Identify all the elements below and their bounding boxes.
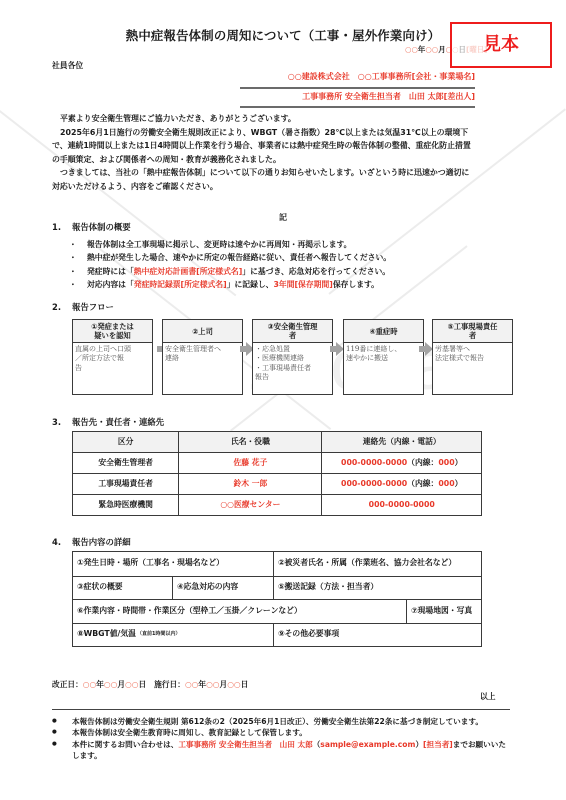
flow-step-2: ②上司 安全衛生管理者へ 連絡 [162,319,243,395]
intro-paragraph: 2025年6月1日施行の労働安全衛生規則改正により、WBGT（暑さ指数）28℃以… [52,126,477,167]
section-3-heading: 3.報告先・責任者・連絡先 [52,417,164,428]
detail-item: ⑧WBGT値/気温（直前1時間以内） [73,624,273,647]
extension-close: ） [455,479,463,488]
footer-notes: 本報告体制は労働安全衛生規則 第612条の2（2025年6月1日改正）、労働安全… [52,716,512,761]
sender-person: 工事事務所 安全衛生担当者 山田 太郎[差出人] [240,92,475,103]
item-text: 対応内容は「 [87,280,134,289]
category-cell: 安全衛生管理者 [73,453,179,474]
section-title: 報告体制の概要 [72,222,131,232]
section-2-heading: 2.報告フロー [52,302,114,313]
flow-step-body: 労基署等へ 法定様式で報告 [433,343,512,366]
extension-number: 000 [438,479,454,488]
phone-number: 000-0000-0000 [369,500,435,509]
category-cell: 緊急時医療機関 [73,495,179,516]
flow-step-body: 119番に連絡し、 速やかに搬送 [344,343,423,366]
unit: 月 [117,680,125,689]
effective-label: 施行日： [154,680,185,689]
form-name-placeholder: 発症時記録票[所定様式名] [134,280,227,289]
detail-item-note: （直前1時間以内） [137,631,180,638]
detail-row: ⑧WBGT値/気温（直前1時間以内） ⑨その他必要事項 [73,623,481,647]
flow-step-1: ①発症または 疑いを認知 直属の上司へ口頭 ／所定方法で報 告 [72,319,153,395]
detail-row: ③症状の概要 ④応急対応の内容 ⑤搬送記録（方法・担当者） [73,576,481,600]
year-placeholder: ○○ [405,45,418,54]
intro-paragraph: つきましては、当社の「熱中症報告体制」について以下の通りお知らせいたします。いざ… [52,166,477,193]
flow-step-title: ①発症または 疑いを認知 [73,320,152,343]
phone-number: 000-0000-0000 [341,479,407,488]
contact-email: sample@example.com [320,740,415,749]
section-title: 報告フロー [72,302,114,312]
detail-item: ④応急対応の内容 [172,577,273,600]
item-text: 」に記録し、 [227,280,274,289]
table-row: 緊急時医療機関 ○○医療センター 000-0000-0000 [73,495,482,516]
item-text: 報告体制は全工事現場に掲示し、変更時は速やかに再周知・再掲示します。 [87,240,351,249]
detail-item: ⑥作業内容・時間帯・作業区分（型枠工／玉掛／クレーンなど） [73,600,406,623]
detail-row: ①発生日時・場所（工事名・現場名など） ②被災者氏名・所属（作業班名、協力会社名… [73,552,481,576]
table-header-row: 区分 氏名・役職 連絡先（内線・電話） [73,432,482,453]
flow-step-title: ③安全衛生管理 者 [253,320,332,343]
form-name-placeholder: 熱中症対応計画書[所定様式名] [134,267,243,276]
section-title: 報告内容の詳細 [72,537,131,547]
sender-divider [240,106,475,108]
name-cell: 鈴木 一郎 [179,474,322,495]
flow-step-title: ④重症時 [344,320,423,343]
contact-cell: 000-0000-0000（内線：000） [322,474,482,495]
flow-step-title: ②上司 [163,320,242,343]
list-item: 報告体制は全工事現場に掲示し、変更時は速やかに再周知・再掲示します。 [72,238,492,251]
month-unit: 月 [438,45,445,54]
intro-body: 平素より安全衛生管理にご協力いただき、ありがとうございます。 2025年6月1日… [52,112,477,194]
list-item: 本報告体制は安全衛生教育時に周知し、教育記録として保管します。 [52,727,512,738]
detail-item-label: ⑧WBGT値/気温 [77,629,136,640]
list-item: 発症時には「熱中症対応計画書[所定様式名]」に基づき、応急対応を行ってください。 [72,265,492,278]
phone-number: 000-0000-0000 [341,458,407,467]
section-4-heading: 4.報告内容の詳細 [52,537,131,548]
sample-stamp: 見本 [450,22,552,68]
detail-item: ⑤搬送記録（方法・担当者） [273,577,481,600]
note-text: 本報告体制は労働安全衛生規則 第612条の2（2025年6月1日改正）、労働安全… [72,717,483,726]
note-text: 本件に関するお問い合わせは、 [72,740,178,749]
column-header: 氏名・役職 [179,432,322,453]
flow-step-body: 直属の上司へ口頭 ／所定方法で報 告 [73,343,152,375]
column-header: 区分 [73,432,179,453]
list-item: 本件に関するお問い合わせは、工事事務所 安全衛生担当者 山田 太郎（sample… [52,739,512,762]
unit: 年 [96,680,104,689]
detail-item: ⑨その他必要事項 [273,624,481,647]
retention-period-placeholder: 3年間[保存期間] [273,280,332,289]
overview-list: 報告体制は全工事現場に掲示し、変更時は速やかに再周知・再掲示します。 熱中症が発… [72,238,492,292]
note-text: 本報告体制は安全衛生教育時に周知し、教育記録として保管します。 [72,728,307,737]
section-number: 2. [52,302,72,313]
note-text: ） [415,740,423,749]
arrow-right-icon [330,342,344,356]
list-item: 本報告体制は労働安全衛生規則 第612条の2（2025年6月1日改正）、労働安全… [52,716,512,727]
flow-step-title: ⑤工事現場責任 者 [433,320,512,343]
sender-divider [240,87,475,89]
section-title: 報告先・責任者・連絡先 [72,417,164,427]
detail-item: ①発生日時・場所（工事名・現場名など） [73,552,273,576]
name-cell: ○○医療センター [179,495,322,516]
list-item: 熱中症が発生した場合、速やかに所定の報告経路に従い、責任者へ報告してください。 [72,251,492,264]
contact-cell: 000-0000-0000（内線：000） [322,453,482,474]
flow-step-4: ④重症時 119番に連絡し、 速やかに搬送 [343,319,424,395]
placeholder: ○○ [206,680,219,689]
footer-divider [52,709,510,710]
column-header: 連絡先（内線・電話） [322,432,482,453]
section-number: 1. [52,222,72,233]
section-number: 4. [52,537,72,548]
closing-ijo: 以上 [480,692,496,703]
unit: 日 [138,680,146,689]
revised-label: 改正日： [52,680,83,689]
detail-item: ③症状の概要 [73,577,172,600]
item-text: 熱中症が発生した場合、速やかに所定の報告経路に従い、責任者へ報告してください。 [87,253,391,262]
unit: 日 [241,680,249,689]
unit: 年 [198,680,206,689]
item-text: 保存します。 [333,280,379,289]
table-row: 安全衛生管理者 佐藤 花子 000-0000-0000（内線：000） [73,453,482,474]
extension-label: （内線： [407,458,438,467]
list-item: 対応内容は「発症時記録票[所定様式名]」に記録し、3年間[保存期間]保存します。 [72,278,492,291]
flow-step-body: 安全衛生管理者へ 連絡 [163,343,242,366]
detail-item: ⑦現場地図・写真 [406,600,481,623]
name-cell: 佐藤 花子 [179,453,322,474]
section-number: 3. [52,417,72,428]
extension-number: 000 [438,458,454,467]
placeholder: ○○ [104,680,117,689]
sender-company: ○○建設株式会社 ○○工事事務所[会社・事業場名] [240,72,475,83]
contact-person-placeholder: 工事事務所 安全衛生担当者 山田 太郎 [178,740,312,749]
detail-item: ②被災者氏名・所属（作業班名、協力会社名など） [273,552,481,576]
month-placeholder: ○○ [425,45,438,54]
intro-paragraph: 平素より安全衛生管理にご協力いただき、ありがとうございます。 [52,112,477,126]
extension-close: ） [455,458,463,467]
detail-row: ⑥作業内容・時間帯・作業区分（型枠工／玉掛／クレーンなど） ⑦現場地図・写真 [73,599,481,623]
contacts-table: 区分 氏名・役職 連絡先（内線・電話） 安全衛生管理者 佐藤 花子 000-00… [72,431,482,516]
item-text: 」に基づき、応急対応を行ってください。 [242,267,390,276]
extension-label: （内線： [407,479,438,488]
section-1-heading: 1.報告体制の概要 [52,222,131,233]
placeholder: ○○ [125,680,138,689]
revision-dates: 改正日：○○年○○月○○日 施行日：○○年○○月○○日 [52,680,248,690]
category-cell: 工事現場責任者 [73,474,179,495]
placeholder: ○○ [185,680,198,689]
contact-role-placeholder: [担当者] [423,740,453,749]
contact-cell: 000-0000-0000 [322,495,482,516]
flow-step-3: ③安全衛生管理 者 ・応急処置 ・医療機関連絡 ・工事現場責任者 報告 [252,319,333,395]
item-text: 発症時には「 [87,267,134,276]
placeholder: ○○ [83,680,96,689]
flow-step-5: ⑤工事現場責任 者 労基署等へ 法定様式で報告 [432,319,513,395]
placeholder: ○○ [227,680,240,689]
flow-step-body: ・応急処置 ・医療機関連絡 ・工事現場責任者 報告 [253,343,332,384]
report-details-grid: ①発生日時・場所（工事名・現場名など） ②被災者氏名・所属（作業班名、協力会社名… [72,551,482,647]
addressee: 社員各位 [52,61,83,72]
table-row: 工事現場責任者 鈴木 一郎 000-0000-0000（内線：000） [73,474,482,495]
arrow-right-icon [419,342,433,356]
